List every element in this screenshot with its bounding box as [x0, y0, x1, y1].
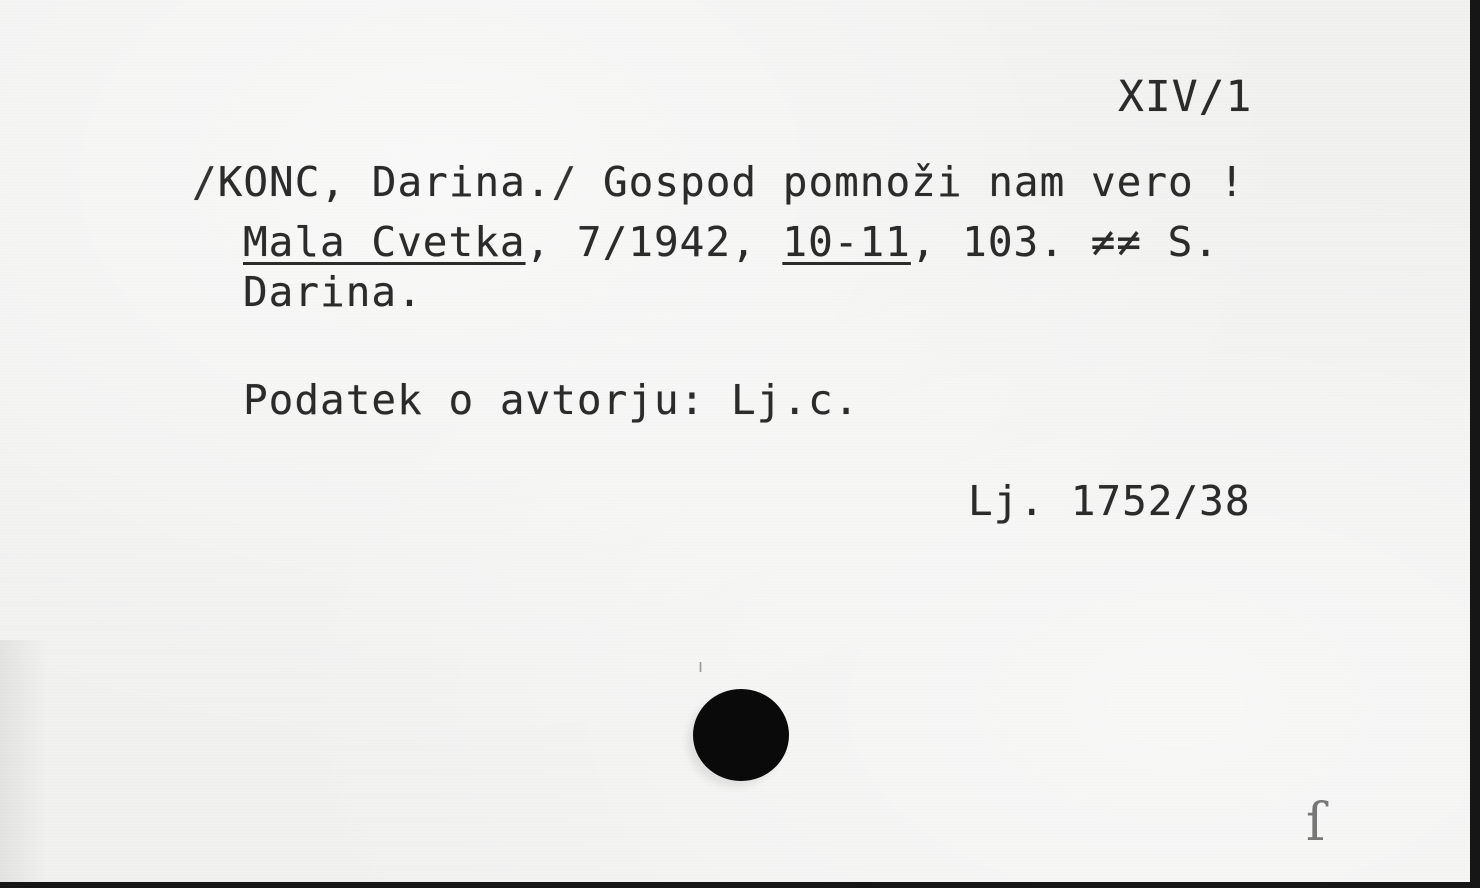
- pages: , 103.: [911, 218, 1091, 266]
- issue-numbers: 10-11: [782, 218, 910, 266]
- close-bracket: /: [552, 158, 578, 206]
- scan-border-bottom: [0, 882, 1480, 888]
- signature-part-a: S.: [1142, 218, 1219, 266]
- signature-line: Darina.: [243, 268, 423, 316]
- call-number: XIV/1: [1118, 72, 1252, 122]
- source-line: Mala Cvetka, 7/1942, 10-11, 103. ≠≠ S.: [243, 218, 1219, 266]
- punch-hole-icon: [693, 689, 789, 781]
- issue: 7/1942: [577, 218, 731, 266]
- heading-line: /KONC, Darina./ Gospod pomnoži nam vero …: [192, 158, 1245, 206]
- catalog-card: XIV/1 /KONC, Darina./ Gospod pomnoži nam…: [0, 0, 1470, 882]
- shelf-mark: Lj. 1752/38: [968, 477, 1251, 525]
- source-title: Mala Cvetka: [243, 218, 526, 266]
- separator: ,: [526, 218, 577, 266]
- pencil-tick: ı: [698, 656, 703, 677]
- work-title: Gospod pomnoži nam vero !: [603, 158, 1245, 206]
- separator: ,: [731, 218, 782, 266]
- author-name: KONC, Darina.: [218, 158, 552, 206]
- handwritten-mark: ſ: [1306, 793, 1325, 853]
- author-note: Podatek o avtorju: Lj.c.: [243, 376, 859, 424]
- scan-border-right: [1470, 0, 1480, 888]
- pseudonym-mark: ≠≠: [1091, 218, 1142, 266]
- open-bracket: /: [192, 158, 218, 206]
